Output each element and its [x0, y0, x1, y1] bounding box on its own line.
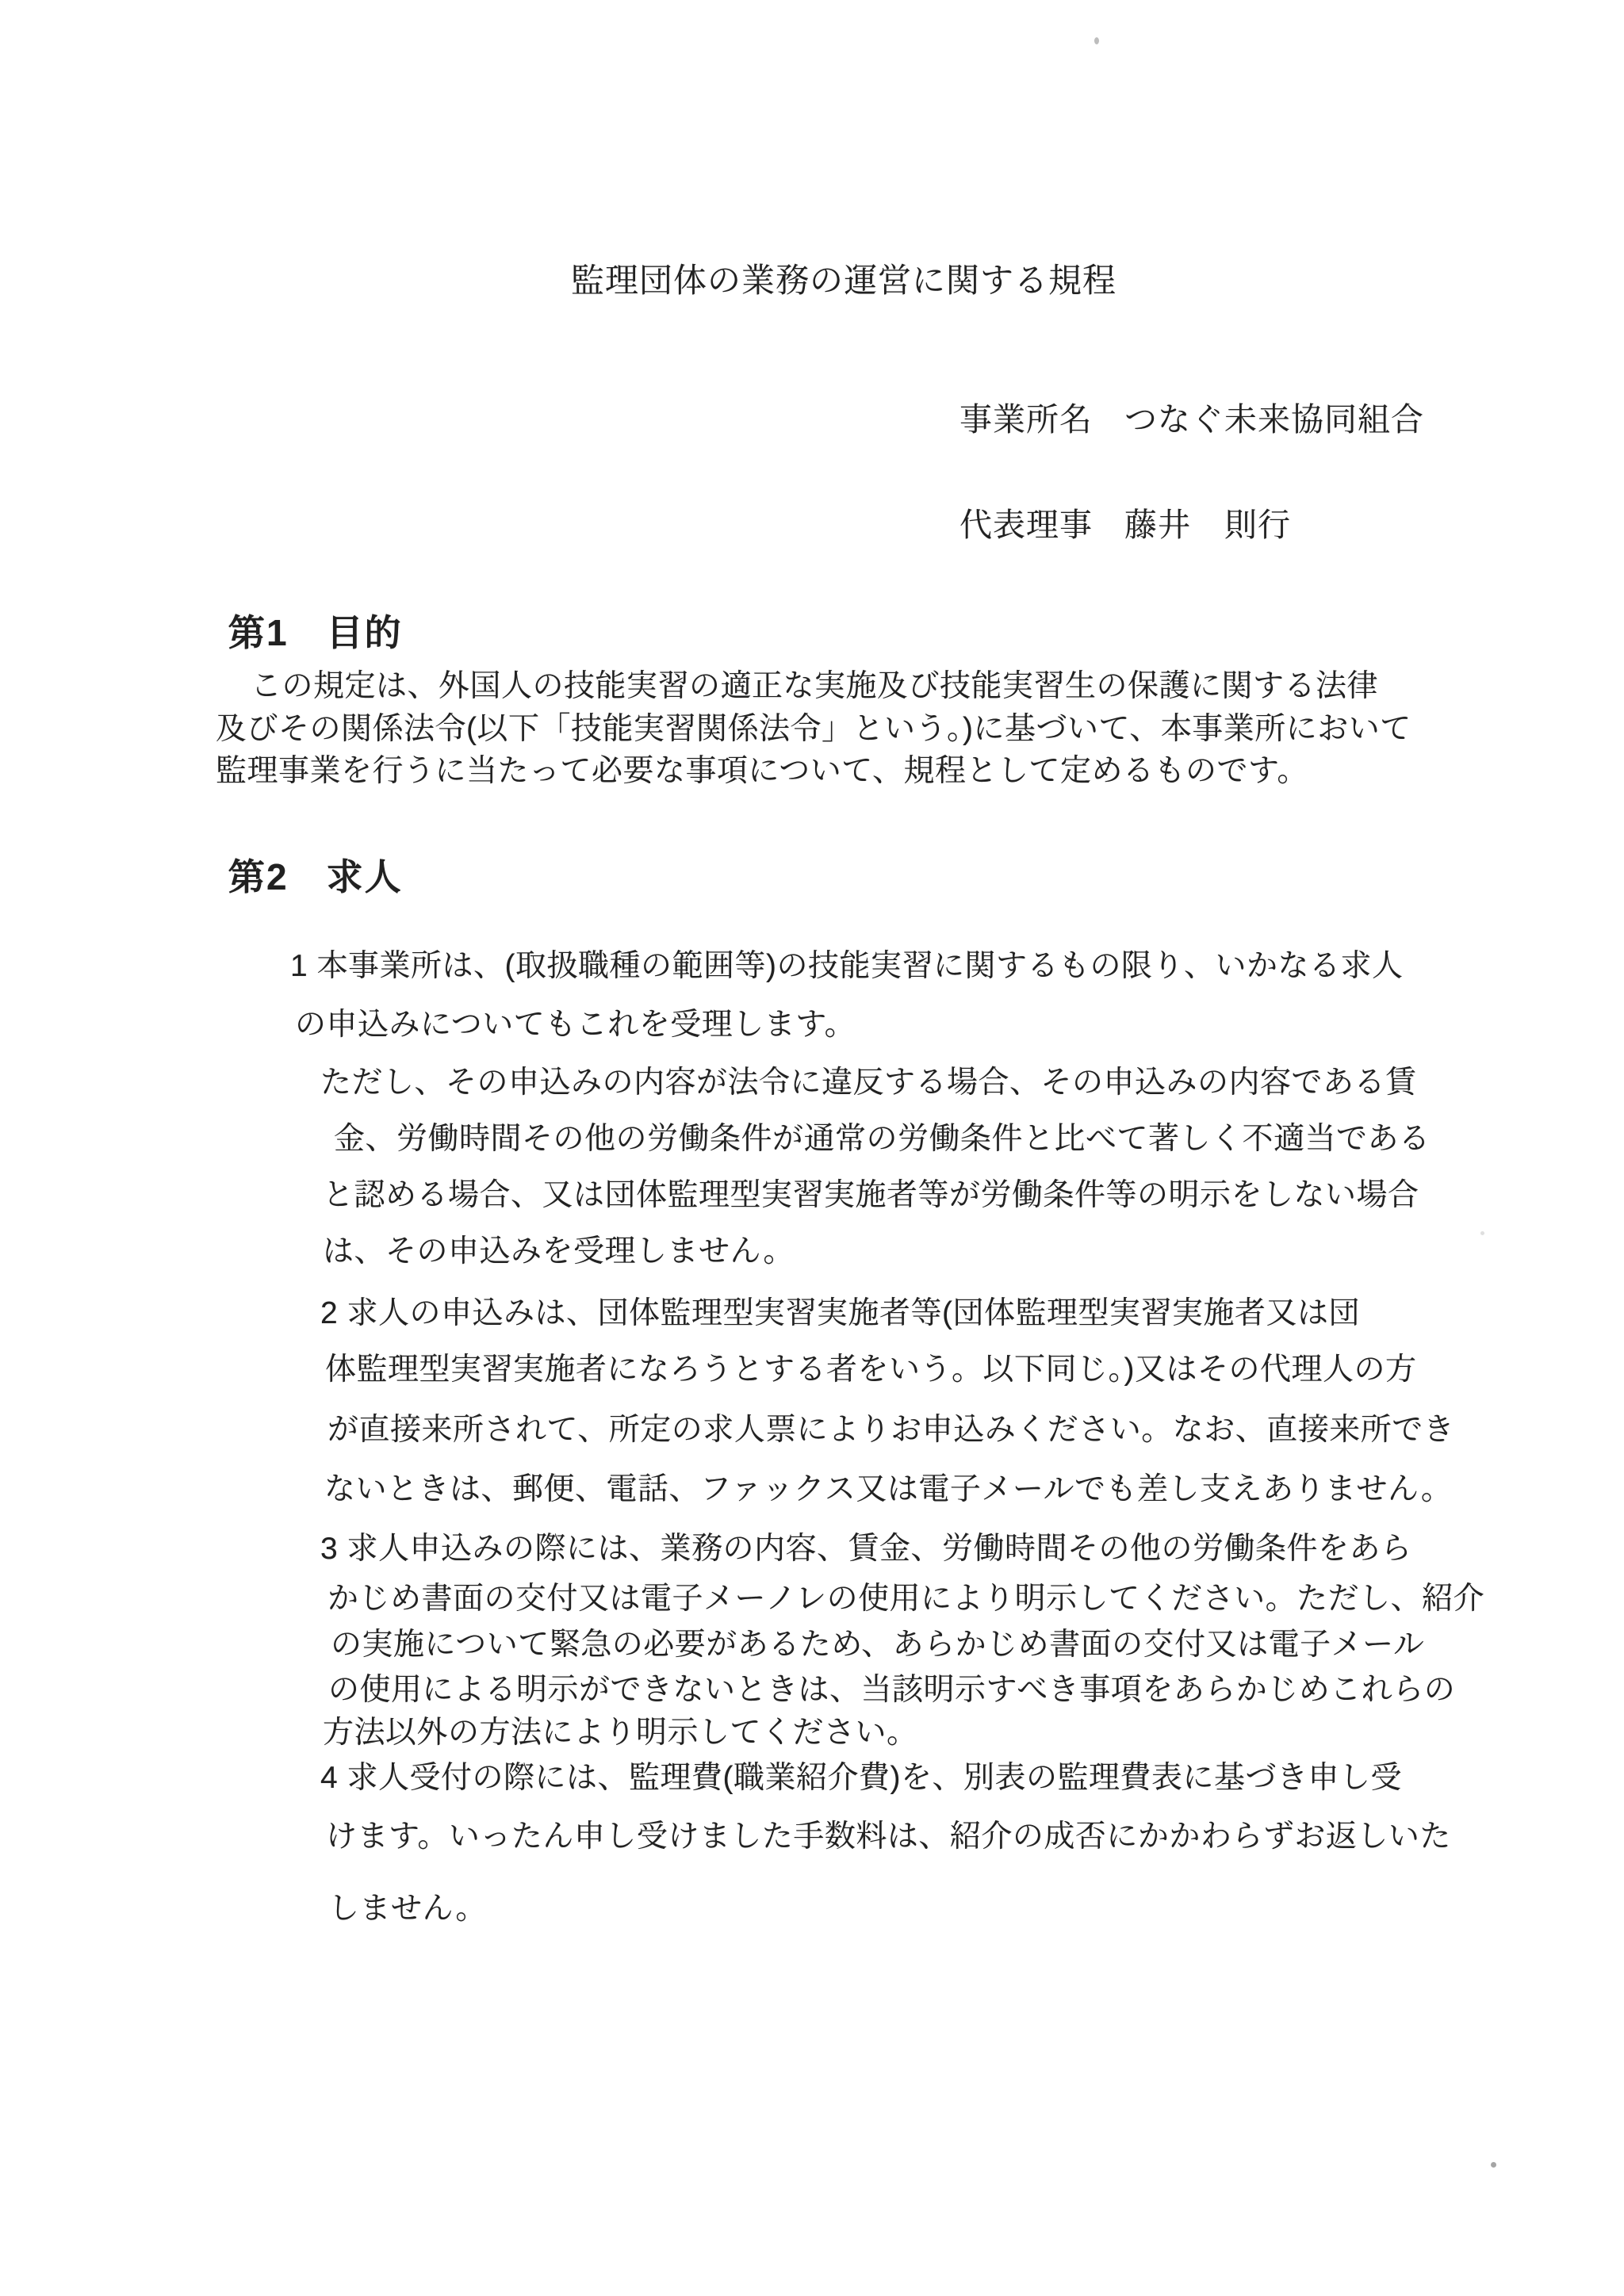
item1-line: の申込みについてもこれを受理します。: [295, 1009, 856, 1040]
item4-line: しません。: [328, 1893, 487, 1924]
representative-name: 藤井 則行: [1124, 507, 1291, 543]
item3-line: の実施について緊急の必要があるため、あらかじめ書面の交付又は電子メール: [331, 1629, 1424, 1660]
scan-speck: [1094, 37, 1099, 44]
item4-line: 4 求人受付の際には、監理費(職業紹介費)を、別表の監理費表に基づき申し受: [320, 1762, 1402, 1793]
item2-line: 体監理型実習実施者になろうとする者をいう。以下同じ。)又はその代理人の方: [325, 1354, 1417, 1385]
scan-speck: [1491, 2162, 1496, 2168]
document-title: 監理団体の業務の運営に関する規程: [571, 264, 1116, 297]
section1-paragraph-line: 及びその関係法令(以下「技能実習関係法令」という。)に基づいて、本事業所において: [216, 714, 1411, 744]
item1-proviso-line: ただし、その申込みの内容が法令に違反する場合、その申込みの内容である賃: [320, 1067, 1417, 1098]
item2-line: が直接来所されて、所定の求人票によりお申込みください。なお、直接来所でき: [327, 1414, 1454, 1445]
representative-label: 代表理事: [959, 507, 1093, 543]
office-name-line: 事業所名つなぐ未来協同組合: [959, 404, 1424, 436]
item2-line: 2 求人の申込みは、団体監理型実習実施者等(団体監理型実習実施者又は団: [320, 1298, 1360, 1329]
item4-line: けます。いったん申し受けました手数料は、紹介の成否にかかわらずお返しいた: [326, 1821, 1451, 1852]
item3-line: 3 求人申込みの際には、業務の内容、賃金、労働時間その他の労働条件をあら: [320, 1533, 1412, 1564]
item3-line: かじめ書面の交付又は電子メーノレの使用により明示してください。ただし、紹介: [327, 1583, 1484, 1614]
item2-line: ないときは、郵便、電話、ファックス又は電子メールでも差し支えありません。: [324, 1474, 1452, 1505]
item1-line: 1 本事業所は、(取扱職種の範囲等)の技能実習に関するもの限り、いかなる求人: [290, 951, 1404, 982]
item3-line: 方法以外の方法により明示してください。: [323, 1717, 918, 1748]
office-label: 事業所名: [959, 401, 1093, 438]
item1-proviso-line: 金、労働時間その他の労働条件が通常の労働条件と比べて著しく不適当である: [334, 1123, 1431, 1154]
item3-line: の使用による明示ができないときは、当該明示すべき事項をあらかじめこれらの: [328, 1674, 1455, 1705]
office-value: つなぐ未来協同組合: [1124, 401, 1424, 438]
scanned-document-page: 監理団体の業務の運営に関する規程 事業所名つなぐ未来協同組合 代表理事藤井 則行…: [0, 0, 1624, 2296]
section1-paragraph-line: この規定は、外国人の技能実習の適正な実施及び技能実習生の保護に関する法律: [251, 671, 1378, 702]
scan-speck: [1480, 1231, 1484, 1235]
section1-heading: 第1 目的: [228, 614, 403, 651]
section2-heading: 第2 求人: [228, 859, 403, 895]
representative-line: 代表理事藤井 則行: [959, 509, 1291, 541]
section1-paragraph-line: 監理事業を行うに当たって必要な事項について、規程として定めるものです。: [216, 756, 1308, 786]
item1-proviso-line: は、その申込みを受理しません。: [323, 1236, 795, 1267]
item1-proviso-line: と認める場合、又は団体監理型実習実施者等が労働条件等の明示をしない場合: [323, 1180, 1419, 1211]
